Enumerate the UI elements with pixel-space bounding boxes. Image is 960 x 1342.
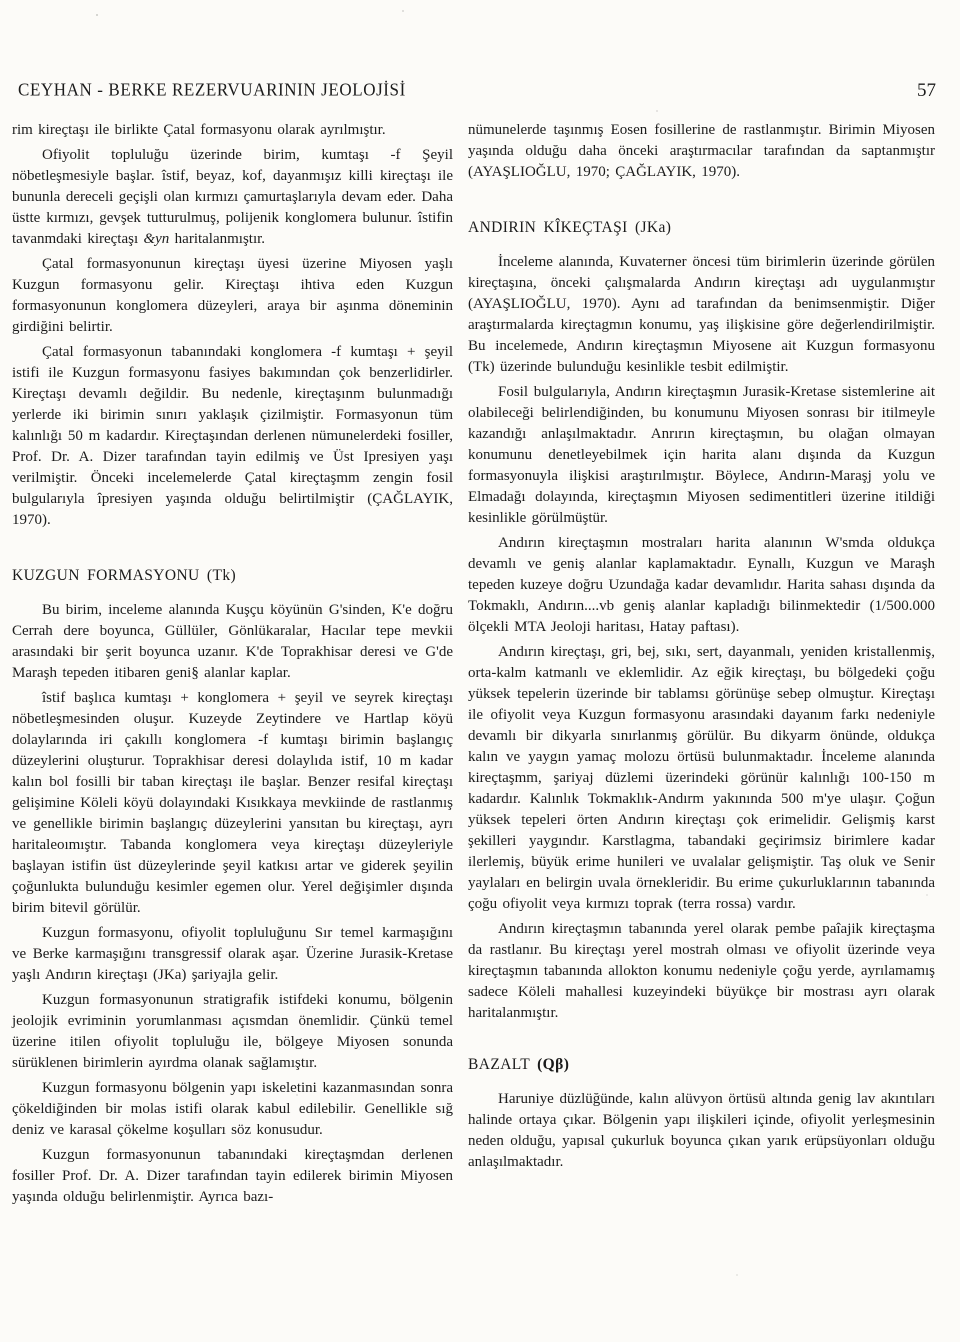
paragraph: Çatal formasyonunun kireçtaşı üyesi üzer… [12, 254, 453, 338]
paragraph: Haruniye düzlüğünde, kalın alüvyon örtüs… [468, 1089, 935, 1173]
italic-term: &yn [143, 231, 169, 247]
paragraph: îstif başlıca kumtaşı + konglomera + şey… [12, 688, 453, 919]
paragraph-continuation: rim kireçtaşı ile birlikte Çatal formasy… [12, 120, 453, 141]
section-heading-kuzgun-formasyonu: KUZGUN FORMASYONU (Tk) [12, 565, 453, 586]
left-column: rim kireçtaşı ile birlikte Çatal formasy… [12, 120, 453, 1208]
paragraph-continuation: nümunelerde taşınmış Eosen fosillerine d… [468, 120, 935, 183]
paragraph: Kuzgun formasyonu, ofiyolit topluluğunu … [12, 923, 453, 986]
paragraph: Bu birim, inceleme alanında Kuşçu köyünü… [12, 600, 453, 684]
paragraph: Andırın kireçtaşmın mostraları harita al… [468, 533, 935, 638]
heading-unit-code: (Qβ) [537, 1056, 569, 1073]
heading-label: BAZALT [468, 1056, 530, 1073]
paragraph: Kuzgun formasyonunun tabanındaki kireçta… [12, 1145, 453, 1208]
paragraph-text: haritalanmıştır. [169, 231, 265, 247]
paragraph: Andırın kireçtaşmın tabanında yerel olar… [468, 919, 935, 1024]
running-title: CEYHAN - BERKE REZERVUARININ JEOLOJİSİ [18, 79, 406, 101]
paragraph: İnceleme alanında, Kuvaterner öncesi tüm… [468, 252, 935, 378]
page-header: CEYHAN - BERKE REZERVUARININ JEOLOJİSİ 5… [18, 80, 936, 102]
paragraph: Kuzgun formasyonunun stratigrafik istifd… [12, 990, 453, 1074]
section-heading-bazalt: BAZALT (Qβ) [468, 1054, 935, 1075]
paragraph: Andırın kireçtaşı, gri, bej, sıkı, sert,… [468, 642, 935, 915]
section-heading-andirin-kirectasi: ANDIRIN KÎKEÇTAŞI (JKa) [468, 217, 935, 238]
paragraph: Fosil bulgularıyla, Andırın kireçtaşmın … [468, 382, 935, 529]
document-page: CEYHAN - BERKE REZERVUARININ JEOLOJİSİ 5… [0, 0, 960, 1342]
right-column: nümunelerde taşınmış Eosen fosillerine d… [468, 120, 935, 1173]
paragraph: Kuzgun formasyonu bölgenin yapı iskeleti… [12, 1078, 453, 1141]
paragraph: Çatal formasyonun tabanındaki konglomera… [12, 342, 453, 531]
paragraph: Ofiyolit topluluğu üzerinde birim, kumta… [12, 145, 453, 250]
page-number: 57 [917, 80, 936, 102]
